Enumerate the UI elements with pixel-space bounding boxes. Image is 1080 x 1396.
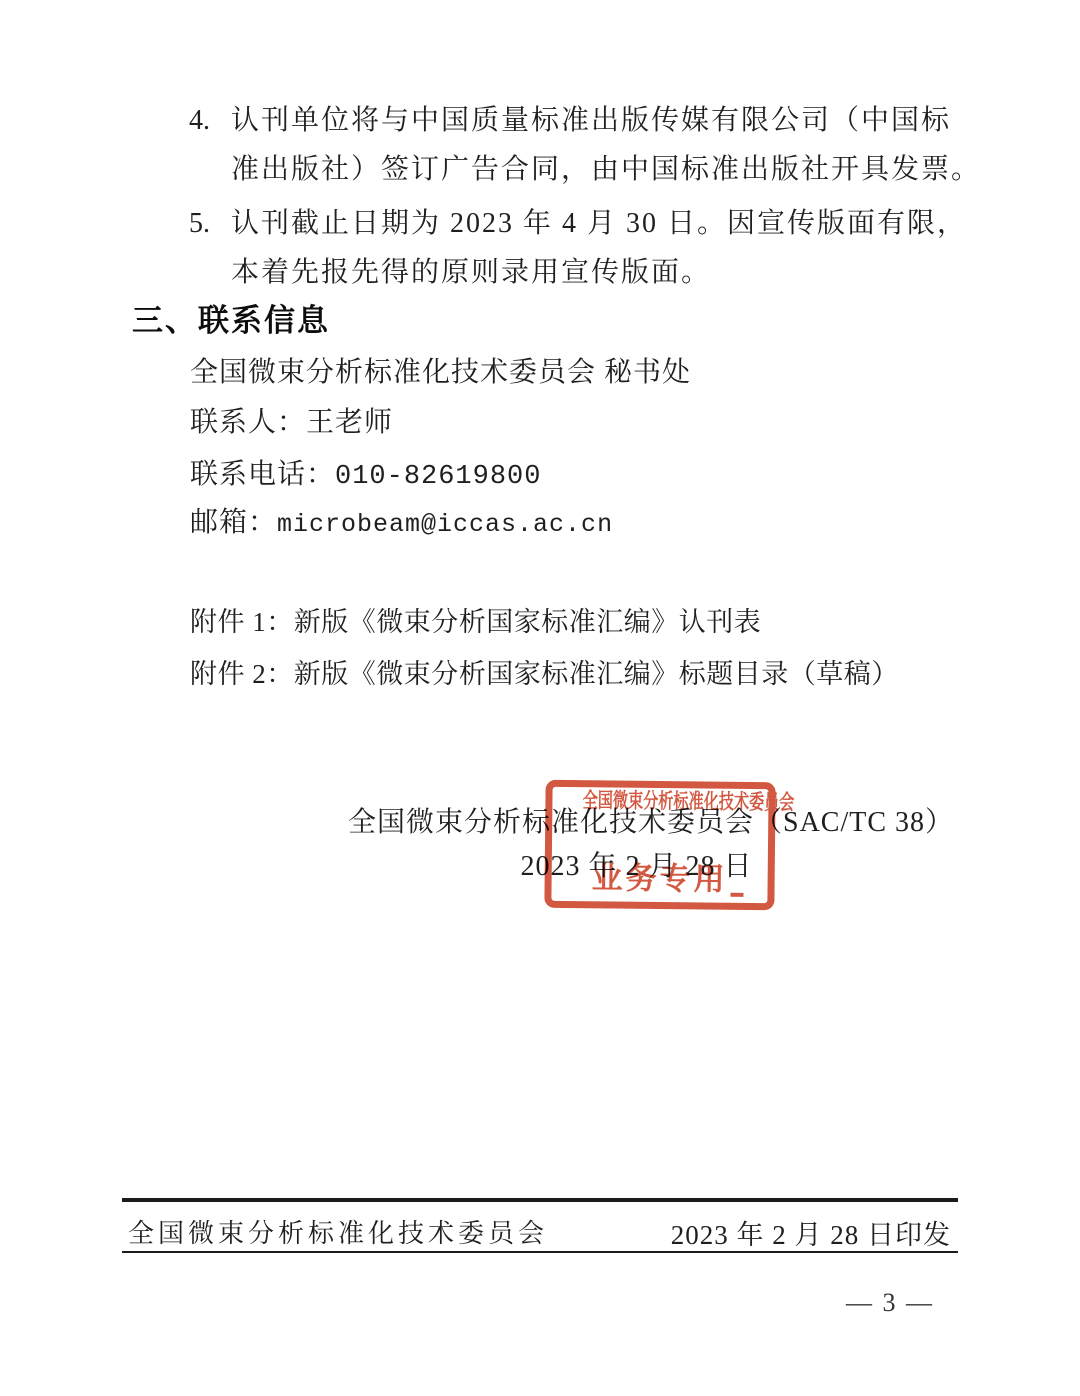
contact-person-label: 联系人： xyxy=(190,407,306,438)
section-heading-contact-info: 三、联系信息 xyxy=(132,303,330,339)
list-item-4-line-2: 准出版社）签订广告合同，由中国标准出版社开具发票。 xyxy=(231,153,981,187)
document-page: 4. 认刊单位将与中国质量标准出版传媒有限公司（中国标 准出版社）签订广告合同，… xyxy=(0,0,1080,1396)
contact-person-line: 联系人：王老师 xyxy=(190,406,393,440)
stamp-usage-text: 业务专用 xyxy=(551,861,767,897)
attachment-1-line: 附件 1：新版《微束分析国家标准汇编》认刊表 xyxy=(190,606,761,639)
footer-rule-bottom xyxy=(122,1251,958,1253)
contact-email-value: microbeam@iccas.ac.cn xyxy=(277,510,613,539)
contact-person-value: 王老师 xyxy=(306,407,393,438)
contact-phone-label: 联系电话： xyxy=(190,459,335,490)
official-stamp: 全国微束分析标准化技术委员会 业务专用 xyxy=(544,780,775,910)
list-item-5-line-1: 认刊截止日期为 2023 年 4 月 30 日。因宣传版面有限， xyxy=(231,207,967,241)
stamp-org-text: 全国微束分析标准化技术委员会 xyxy=(583,788,739,816)
contact-org-line: 全国微束分析标准化技术委员会 秘书处 xyxy=(190,356,691,390)
list-item-5-number: 5. xyxy=(189,207,210,241)
footer-print-date: 2023 年 2 月 28 日印发 xyxy=(600,1213,951,1252)
list-item-4-number: 4. xyxy=(189,104,210,138)
attachment-2-line: 附件 2：新版《微束分析国家标准汇编》标题目录（草稿） xyxy=(190,658,899,691)
contact-email-label: 邮箱： xyxy=(190,507,277,538)
list-item-5-line-2: 本着先报先得的原则录用宣传版面。 xyxy=(231,256,711,290)
contact-phone-line: 联系电话：010-82619800 xyxy=(190,458,541,494)
footer-rule-top xyxy=(122,1198,958,1202)
list-item-4-line-1: 认刊单位将与中国质量标准出版传媒有限公司（中国标 xyxy=(231,104,951,138)
stamp-underscore-mark xyxy=(730,893,743,897)
footer-org-text: 全国微束分析标准化技术委员会 xyxy=(128,1213,548,1250)
contact-email-line: 邮箱：microbeam@iccas.ac.cn xyxy=(190,506,613,542)
page-number: — 3 — xyxy=(846,1288,934,1318)
contact-phone-value: 010-82619800 xyxy=(335,462,541,492)
